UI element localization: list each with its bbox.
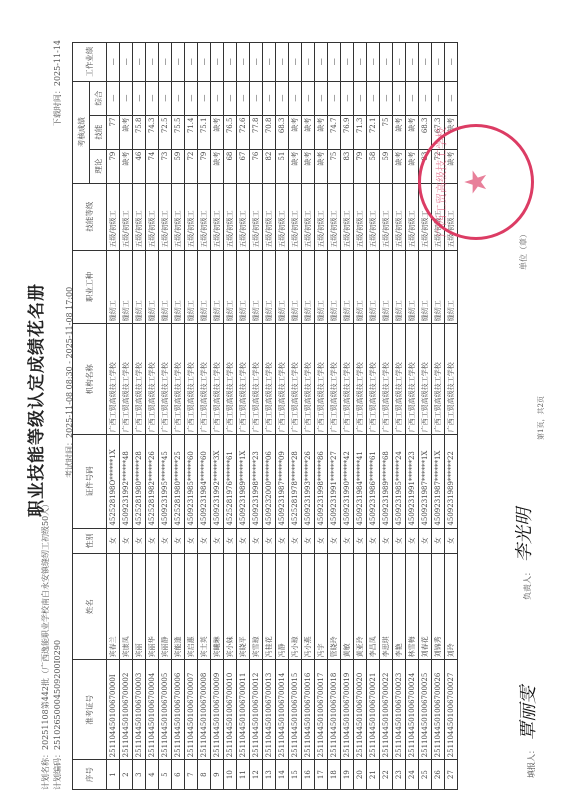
cell-ticket: 2511044501006700014 bbox=[276, 660, 289, 760]
cell-occupation: 缝纫工 bbox=[107, 250, 120, 324]
cell-overall: — bbox=[419, 81, 432, 115]
cell-ticket: 2511044501006700016 bbox=[302, 660, 315, 760]
cell-name: 宾晓平 bbox=[237, 553, 250, 660]
cell-skill: 72.1 bbox=[367, 115, 380, 149]
cell-name: 李思琪 bbox=[380, 553, 393, 660]
cell-theory: 83 bbox=[341, 149, 354, 183]
cell-work: — bbox=[250, 43, 263, 82]
cell-gender: 女 bbox=[198, 528, 211, 553]
cell-name: 黄亚玲 bbox=[354, 553, 367, 660]
cell-name: 冯桂花 bbox=[263, 553, 276, 660]
cell-gender: 女 bbox=[107, 528, 120, 553]
cell-work: — bbox=[328, 43, 341, 82]
cell-id-no: 4509231986******61 bbox=[367, 435, 380, 528]
cell-occupation: 缝纫工 bbox=[380, 250, 393, 324]
header-ticket: 准考证号 bbox=[73, 660, 107, 760]
cell-work: — bbox=[380, 43, 393, 82]
cell-occupation: 缝纫工 bbox=[172, 250, 185, 324]
table-row: 242511044501006700024林雪梅女4509231991*****… bbox=[406, 43, 419, 790]
cell-level: 五级/初级工 bbox=[250, 183, 263, 250]
cell-occupation: 缝纫工 bbox=[237, 250, 250, 324]
cell-gender: 女 bbox=[276, 528, 289, 553]
cell-org: 广西工贸高级技工学校 bbox=[432, 324, 445, 435]
cell-theory: 82 bbox=[263, 149, 276, 183]
cell-work: — bbox=[289, 43, 302, 82]
cell-level: 五级/初级工 bbox=[146, 183, 159, 250]
cell-level: 五级/初级工 bbox=[263, 183, 276, 250]
cell-occupation: 缝纫工 bbox=[133, 250, 146, 324]
plan-name-value: 20251108第442批（广西逸能职业学校南白永安镇缝纫工初级50人） bbox=[41, 500, 50, 750]
header-level: 技能等级 bbox=[73, 183, 107, 250]
cell-level: 五级/初级工 bbox=[276, 183, 289, 250]
cell-gender: 女 bbox=[328, 528, 341, 553]
cell-theory: 缺考 bbox=[302, 149, 315, 183]
cell-skill: 缺考 bbox=[289, 115, 302, 149]
cell-org: 广西工贸高级技工学校 bbox=[198, 324, 211, 435]
filler-label: 填报人： bbox=[527, 746, 536, 778]
cell-level: 五级/初级工 bbox=[328, 183, 341, 250]
table-row: 162511044501006700016冯小燕女4509231993*****… bbox=[302, 43, 315, 790]
cell-org: 广西工贸高级技工学校 bbox=[172, 324, 185, 435]
cell-seq: 21 bbox=[367, 760, 380, 790]
table-row: 62511044501006700006宾能逢女4525281980******… bbox=[172, 43, 185, 790]
cell-work: — bbox=[107, 43, 120, 82]
cell-theory: 67 bbox=[237, 149, 250, 183]
cell-theory: 79 bbox=[198, 149, 211, 183]
cell-name: 冯小琼 bbox=[289, 553, 302, 660]
cell-org: 广西工贸高级技工学校 bbox=[224, 324, 237, 435]
cell-id-no: 4509231987******1X bbox=[419, 435, 432, 528]
page-info: 第1页，共2页 bbox=[536, 396, 546, 440]
cell-gender: 女 bbox=[159, 528, 172, 553]
cell-name: 冯静 bbox=[276, 553, 289, 660]
cell-level: 五级/初级工 bbox=[107, 183, 120, 250]
cell-occupation: 缝纫工 bbox=[263, 250, 276, 324]
cell-work: — bbox=[406, 43, 419, 82]
cell-skill: 缺考 bbox=[120, 115, 133, 149]
cell-id-no: 452528198O******1X bbox=[107, 435, 120, 528]
cell-ticket: 2511044501006700021 bbox=[367, 660, 380, 760]
cell-org: 广西工贸高级技工学校 bbox=[263, 324, 276, 435]
cell-theory: 缺考 bbox=[315, 149, 328, 183]
header-id-no: 证件号码 bbox=[73, 435, 107, 528]
cell-occupation: 缝纫工 bbox=[354, 250, 367, 324]
cell-gender: 女 bbox=[419, 528, 432, 553]
cell-occupation: 缝纫工 bbox=[445, 250, 458, 324]
cell-seq: 14 bbox=[276, 760, 289, 790]
cell-level: 五级/初级工 bbox=[315, 183, 328, 250]
table-row: 232511044501006700023李艳女4509231985******… bbox=[393, 43, 406, 790]
cell-name: 林雪梅 bbox=[406, 553, 419, 660]
cell-org: 广西工贸高级技工学校 bbox=[107, 324, 120, 435]
cell-seq: 8 bbox=[198, 760, 211, 790]
cell-id-no: 4509231991******23 bbox=[406, 435, 419, 528]
cell-overall: — bbox=[211, 81, 224, 115]
responsible-person: 负责人：李光明 bbox=[510, 508, 536, 600]
cell-seq: 25 bbox=[419, 760, 432, 790]
cell-overall: — bbox=[250, 81, 263, 115]
cell-ticket: 251104450100670000I bbox=[107, 660, 120, 760]
cell-seq: 27 bbox=[445, 760, 458, 790]
table-row: 82511044501006700008宾士英女4509231984******… bbox=[198, 43, 211, 790]
cell-name: 宾能逢 bbox=[172, 553, 185, 660]
cell-occupation: 缝纫工 bbox=[224, 250, 237, 324]
filler-signature: 覃丽雯 bbox=[518, 686, 539, 740]
cell-org: 广西工贸高级技工学校 bbox=[315, 324, 328, 435]
cell-org: 广西工贸高级技工学校 bbox=[380, 324, 393, 435]
cell-seq: 18 bbox=[328, 760, 341, 790]
cell-name: 冯小燕 bbox=[302, 553, 315, 660]
cell-level: 五级/初级工 bbox=[172, 183, 185, 250]
cell-work: — bbox=[367, 43, 380, 82]
cell-gender: 女 bbox=[133, 528, 146, 553]
table-row: 72511044501006700007宾启惠女4509231985******… bbox=[185, 43, 198, 790]
cell-seq: 5 bbox=[159, 760, 172, 790]
cell-seq: 11 bbox=[237, 760, 250, 790]
cell-ticket: 2511044501006700019 bbox=[341, 660, 354, 760]
cell-seq: 9 bbox=[211, 760, 224, 790]
cell-level: 五级/初级工 bbox=[133, 183, 146, 250]
cell-occupation: 缝纫工 bbox=[419, 250, 432, 324]
cell-overall: — bbox=[107, 81, 120, 115]
cell-id-no: 4509231992******3X bbox=[211, 435, 224, 528]
cell-occupation: 缝纫工 bbox=[432, 250, 445, 324]
cell-overall: — bbox=[185, 81, 198, 115]
cell-overall: — bbox=[198, 81, 211, 115]
unit-seal-label: 单位（章） bbox=[518, 230, 529, 270]
cell-theory: 59 bbox=[172, 149, 185, 183]
cell-occupation: 缝纫工 bbox=[120, 250, 133, 324]
cell-skill: 68.3 bbox=[276, 115, 289, 149]
table-row: 172511044501006700017冯宇女4509231998******… bbox=[315, 43, 328, 790]
header-score-group: 考核成绩 bbox=[73, 81, 90, 183]
table-row: 102511044501006700010宾小妹女4525281976*****… bbox=[224, 43, 237, 790]
cell-occupation: 缝纫工 bbox=[276, 250, 289, 324]
cell-occupation: 缝纫工 bbox=[341, 250, 354, 324]
cell-name: 宾士英 bbox=[198, 553, 211, 660]
cell-occupation: 缝纫工 bbox=[367, 250, 380, 324]
cell-overall: — bbox=[302, 81, 315, 115]
table-row: 212511044501006700021李昌凤女4509231986*****… bbox=[367, 43, 380, 790]
header-org: 机构名称 bbox=[73, 324, 107, 435]
cell-name: 宾丽静 bbox=[159, 553, 172, 660]
cell-ticket: 2511044501006700005 bbox=[159, 660, 172, 760]
cell-skill: 缺考 bbox=[211, 115, 224, 149]
cell-work: — bbox=[341, 43, 354, 82]
cell-skill: 缺考 bbox=[393, 115, 406, 149]
table-row: 42511044501006700004宾丽华女4525281982******… bbox=[146, 43, 159, 790]
roster-body: 1251104450100670000I宾春兰女452528198O******… bbox=[107, 43, 458, 790]
cell-seq: 4 bbox=[146, 760, 159, 790]
cell-work: — bbox=[445, 43, 458, 82]
cell-work: — bbox=[146, 43, 159, 82]
cell-name: 李昌凤 bbox=[367, 553, 380, 660]
cell-name: 李艳 bbox=[393, 553, 406, 660]
download-time-value: 2025-11-14 bbox=[53, 40, 62, 86]
cell-work: — bbox=[419, 43, 432, 82]
cell-name: 管晓玲 bbox=[328, 553, 341, 660]
cell-level: 五级/初级工 bbox=[289, 183, 302, 250]
cell-id-no: 4509232000******06 bbox=[263, 435, 276, 528]
cell-occupation: 缝纫工 bbox=[406, 250, 419, 324]
cell-seq: 23 bbox=[393, 760, 406, 790]
header-seq: 序号 bbox=[73, 760, 107, 790]
cell-occupation: 缝纫工 bbox=[250, 250, 263, 324]
cell-gender: 女 bbox=[237, 528, 250, 553]
cell-overall: — bbox=[146, 81, 159, 115]
cell-org: 广西工贸高级技工学校 bbox=[445, 324, 458, 435]
plan-code-value: 25102650004509200I0290 bbox=[53, 640, 62, 750]
cell-id-no: 4509231987******1X bbox=[432, 435, 445, 528]
cell-id-no: 4509231989******68 bbox=[380, 435, 393, 528]
cell-ticket: 2511044501006700013 bbox=[263, 660, 276, 760]
cell-work: — bbox=[211, 43, 224, 82]
cell-skill: 68.3 bbox=[419, 115, 432, 149]
cell-work: — bbox=[354, 43, 367, 82]
cell-ticket: 2511044501006700020 bbox=[354, 660, 367, 760]
cell-skill: 75.1 bbox=[198, 115, 211, 149]
cell-org: 广西工贸高级技工学校 bbox=[419, 324, 432, 435]
cell-work: — bbox=[185, 43, 198, 82]
cell-ticket: 2511044501006700003 bbox=[133, 660, 146, 760]
cell-ticket: 2511044501006700011 bbox=[237, 660, 250, 760]
cell-occupation: 缝纫工 bbox=[302, 250, 315, 324]
cell-skill: 72.6 bbox=[237, 115, 250, 149]
cell-id-no: 4525281982******26 bbox=[146, 435, 159, 528]
table-row: 222511044501006700022李思琪女4509231989*****… bbox=[380, 43, 393, 790]
cell-skill: 76.5 bbox=[224, 115, 237, 149]
header-overall: 综合 bbox=[90, 81, 107, 115]
cell-id-no: 4525281976******61 bbox=[224, 435, 237, 528]
cell-ticket: 2511044501006700025 bbox=[419, 660, 432, 760]
cell-level: 五级/初级工 bbox=[224, 183, 237, 250]
cell-theory: 缺考 bbox=[406, 149, 419, 183]
cell-org: 广西工贸高级技工学校 bbox=[133, 324, 146, 435]
cell-occupation: 缝纫工 bbox=[315, 250, 328, 324]
cell-level: 五级/初级工 bbox=[341, 183, 354, 250]
cell-level: 五级/初级工 bbox=[185, 183, 198, 250]
cell-seq: 6 bbox=[172, 760, 185, 790]
cell-seq: 16 bbox=[302, 760, 315, 790]
cell-level: 五级/初级工 bbox=[159, 183, 172, 250]
cell-level: 五级/初级工 bbox=[354, 183, 367, 250]
official-seal-icon: 广西工贸高级技工学校 ★ bbox=[418, 124, 534, 240]
star-icon: ★ bbox=[459, 169, 494, 196]
cell-id-no: 4509231985******24 bbox=[393, 435, 406, 528]
cell-skill: 77.8 bbox=[250, 115, 263, 149]
cell-theory: 76 bbox=[250, 149, 263, 183]
cell-gender: 女 bbox=[211, 528, 224, 553]
cell-ticket: 2511044501006700004 bbox=[146, 660, 159, 760]
cell-overall: — bbox=[276, 81, 289, 115]
cell-org: 广西工贸高级技工学校 bbox=[146, 324, 159, 435]
cell-occupation: 缝纫工 bbox=[146, 250, 159, 324]
table-row: 152511044501006700015冯小琼女4525281978*****… bbox=[289, 43, 302, 790]
cell-gender: 女 bbox=[393, 528, 406, 553]
cell-gender: 女 bbox=[250, 528, 263, 553]
cell-id-no: 4525281980******25 bbox=[172, 435, 185, 528]
download-time-label: 下载时间： bbox=[53, 86, 62, 126]
cell-work: — bbox=[393, 43, 406, 82]
cell-gender: 女 bbox=[354, 528, 367, 553]
cell-theory: 59 bbox=[380, 149, 393, 183]
cell-theory: 46 bbox=[133, 149, 146, 183]
cell-id-no: 4509231993******26 bbox=[302, 435, 315, 528]
cell-name: 宾丽华 bbox=[146, 553, 159, 660]
cell-gender: 女 bbox=[224, 528, 237, 553]
cell-ticket: 2511044501006700010 bbox=[224, 660, 237, 760]
cell-overall: — bbox=[341, 81, 354, 115]
header-name: 姓名 bbox=[73, 553, 107, 660]
cell-skill: 72.5 bbox=[159, 115, 172, 149]
cell-occupation: 缝纫工 bbox=[185, 250, 198, 324]
cell-level: 五级/初级工 bbox=[198, 183, 211, 250]
cell-ticket: 2511044501006700007 bbox=[185, 660, 198, 760]
cell-skill: 75.8 bbox=[133, 115, 146, 149]
cell-skill: 70.8 bbox=[263, 115, 276, 149]
cell-work: — bbox=[172, 43, 185, 82]
cell-name: 刘玲 bbox=[445, 553, 458, 660]
cell-overall: — bbox=[120, 81, 133, 115]
cell-overall: — bbox=[406, 81, 419, 115]
cell-theory: 缺考 bbox=[289, 149, 302, 183]
cell-gender: 女 bbox=[406, 528, 419, 553]
cell-ticket: 2511044501006700022 bbox=[380, 660, 393, 760]
cell-id-no: 4509231995******45 bbox=[159, 435, 172, 528]
cell-overall: — bbox=[380, 81, 393, 115]
cell-gender: 女 bbox=[315, 528, 328, 553]
cell-name: 刘锦秀 bbox=[432, 553, 445, 660]
cell-org: 广西工贸高级技工学校 bbox=[341, 324, 354, 435]
table-row: 22511044501006700002宾康凤女4509231992******… bbox=[120, 43, 133, 790]
plan-name-label: 计划名称： bbox=[41, 750, 50, 790]
cell-overall: — bbox=[445, 81, 458, 115]
cell-seq: 22 bbox=[380, 760, 393, 790]
cell-occupation: 缝纫工 bbox=[393, 250, 406, 324]
cell-org: 广西工贸高级技工学校 bbox=[159, 324, 172, 435]
document-page: 职业技能等级认定成绩花名册 计划名称：20251108第442批（广西逸能职业学… bbox=[0, 0, 566, 800]
cell-occupation: 缝纫工 bbox=[198, 250, 211, 324]
cell-theory: 79 bbox=[354, 149, 367, 183]
table-row: 202511044501006700020黄亚玲女4509231984*****… bbox=[354, 43, 367, 790]
cell-org: 广西工贸高级技工学校 bbox=[406, 324, 419, 435]
cell-work: — bbox=[276, 43, 289, 82]
cell-id-no: 4509231984******60 bbox=[198, 435, 211, 528]
cell-gender: 女 bbox=[302, 528, 315, 553]
cell-work: — bbox=[432, 43, 445, 82]
plan-code: 计划编码：25102650004509200I0290 bbox=[52, 640, 63, 790]
cell-ticket: 2511044501006700023 bbox=[393, 660, 406, 760]
cell-id-no: 4509231989******22 bbox=[445, 435, 458, 528]
cell-name: 宾启惠 bbox=[185, 553, 198, 660]
cell-seq: 13 bbox=[263, 760, 276, 790]
cell-name: 宾小妹 bbox=[224, 553, 237, 660]
cell-name: 宾曦琳 bbox=[211, 553, 224, 660]
cell-theory: 79 bbox=[107, 149, 120, 183]
cell-level: 五级/初级工 bbox=[367, 183, 380, 250]
table-row: 132511044501006700013冯桂花女4509232000*****… bbox=[263, 43, 276, 790]
cell-org: 广西工贸高级技工学校 bbox=[328, 324, 341, 435]
filler: 填报人：覃丽雯 bbox=[514, 686, 540, 778]
cell-overall: — bbox=[289, 81, 302, 115]
table-row: 122511044501006700012宾雪琼女4509231998*****… bbox=[250, 43, 263, 790]
cell-skill: 71.3 bbox=[354, 115, 367, 149]
cell-id-no: 4509231987******09 bbox=[276, 435, 289, 528]
cell-seq: 12 bbox=[250, 760, 263, 790]
cell-theory: 缺考 bbox=[211, 149, 224, 183]
header-work: 工作业绩 bbox=[73, 43, 107, 82]
cell-seq: 15 bbox=[289, 760, 302, 790]
cell-gender: 女 bbox=[289, 528, 302, 553]
cell-gender: 女 bbox=[341, 528, 354, 553]
cell-ticket: 2511044501006700009 bbox=[211, 660, 224, 760]
cell-ticket: 2511044501006700017 bbox=[315, 660, 328, 760]
cell-org: 广西工贸高级技工学校 bbox=[354, 324, 367, 435]
header-theory: 理论 bbox=[90, 149, 107, 183]
plan-code-label: 计划编码： bbox=[53, 750, 62, 790]
cell-overall: — bbox=[393, 81, 406, 115]
cell-theory: 缺考 bbox=[120, 149, 133, 183]
cell-overall: — bbox=[432, 81, 445, 115]
cell-org: 广西工贸高级技工学校 bbox=[250, 324, 263, 435]
cell-org: 广西工贸高级技工学校 bbox=[302, 324, 315, 435]
cell-gender: 女 bbox=[367, 528, 380, 553]
cell-org: 广西工贸高级技工学校 bbox=[120, 324, 133, 435]
cell-level: 五级/初级工 bbox=[380, 183, 393, 250]
cell-name: 刘春花 bbox=[419, 553, 432, 660]
cell-seq: 24 bbox=[406, 760, 419, 790]
cell-ticket: 2511044501006700026 bbox=[432, 660, 445, 760]
cell-level: 五级/初级工 bbox=[406, 183, 419, 250]
cell-gender: 女 bbox=[172, 528, 185, 553]
cell-seq: 17 bbox=[315, 760, 328, 790]
table-row: 52511044501006700005宾丽静女4509231995******… bbox=[159, 43, 172, 790]
cell-overall: — bbox=[263, 81, 276, 115]
cell-name: 黄敏 bbox=[341, 553, 354, 660]
cell-seq: 10 bbox=[224, 760, 237, 790]
cell-seq: 19 bbox=[341, 760, 354, 790]
table-row: 192511044501006700019黄敏女4509231990******… bbox=[341, 43, 354, 790]
cell-name: 宾雪琼 bbox=[250, 553, 263, 660]
cell-work: — bbox=[133, 43, 146, 82]
cell-ticket: 2511044501006700018 bbox=[328, 660, 341, 760]
cell-id-no: 4509231984******41 bbox=[354, 435, 367, 528]
table-row: 32511044501006700003宾丽女4525281980******2… bbox=[133, 43, 146, 790]
cell-id-no: 4509231998******23 bbox=[250, 435, 263, 528]
cell-work: — bbox=[198, 43, 211, 82]
cell-org: 广西工贸高级技工学校 bbox=[393, 324, 406, 435]
cell-theory: 73 bbox=[159, 149, 172, 183]
cell-seq: 1 bbox=[107, 760, 120, 790]
cell-ticket: 2511044501006700015 bbox=[289, 660, 302, 760]
header-gender: 性别 bbox=[73, 528, 107, 553]
cell-id-no: 4509231998******86 bbox=[315, 435, 328, 528]
cell-gender: 女 bbox=[185, 528, 198, 553]
cell-work: — bbox=[302, 43, 315, 82]
cell-id-no: 4509231990******42 bbox=[341, 435, 354, 528]
cell-ticket: 2511044501006700012 bbox=[250, 660, 263, 760]
cell-work: — bbox=[315, 43, 328, 82]
cell-gender: 女 bbox=[146, 528, 159, 553]
cell-seq: 20 bbox=[354, 760, 367, 790]
cell-id-no: 4509231989******1X bbox=[237, 435, 250, 528]
cell-seq: 26 bbox=[432, 760, 445, 790]
cell-name: 宾春兰 bbox=[107, 553, 120, 660]
cell-occupation: 缝纫工 bbox=[328, 250, 341, 324]
cell-skill: 缺考 bbox=[302, 115, 315, 149]
header-occupation: 职业工种 bbox=[73, 250, 107, 324]
table-row: 142511044501006700014冯静女4509231987******… bbox=[276, 43, 289, 790]
